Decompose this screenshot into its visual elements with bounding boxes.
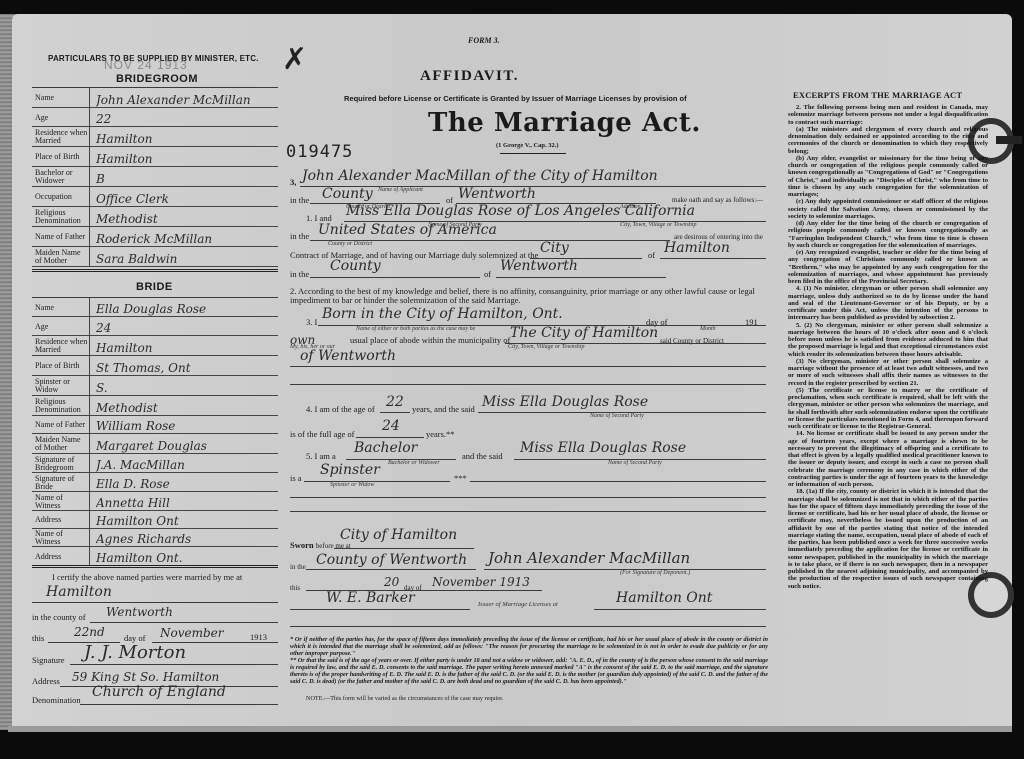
sworn-this-label: this	[290, 584, 300, 592]
fill-line	[496, 277, 666, 278]
excerpt-paragraph: 18. (1a) If the city, county or district…	[788, 488, 988, 590]
fill-line	[90, 622, 278, 623]
second-party-value: Miss Ella Douglas Rose of Los Angeles Ca…	[346, 203, 695, 219]
row-label: Religious Denomination	[32, 207, 90, 226]
marriage-place-value: Hamilton	[46, 584, 112, 600]
row-label: Place of Birth	[32, 356, 90, 375]
row-label: Name of Witness	[32, 529, 90, 546]
fill-line	[80, 704, 278, 705]
excerpt-paragraph: (d) Any elder for the time being of the …	[788, 220, 988, 249]
table-row: Residence when MarriedHamilton	[32, 336, 278, 356]
bride-status-value: Spinster	[320, 462, 380, 478]
row-label: Occupation	[32, 187, 90, 206]
bride-age-value: 24	[96, 321, 111, 335]
this-label: this	[32, 634, 44, 643]
second-party-caption-3: Name of Second Party	[608, 460, 662, 466]
excerpt-paragraph: (3) No clergyman, minister or other pers…	[788, 358, 988, 387]
clause5-party-value: Miss Ella Douglas Rose	[520, 440, 686, 456]
clause5-mid: and the said	[462, 452, 503, 461]
clause2-text: 2. According to the best of my knowledge…	[290, 287, 768, 305]
excerpt-paragraph: 5. (2) No clergyman, minister or other p…	[788, 322, 988, 358]
bride-religion-value: Methodist	[96, 401, 158, 415]
clause5-prefix: 5. I am a	[306, 452, 336, 461]
year-value: 1913	[250, 633, 267, 642]
excerpt-paragraph: (a) The ministers and clergymen of every…	[788, 126, 988, 155]
city-caption-2: City, Town, Village or Township	[508, 344, 584, 350]
fill-line	[380, 412, 410, 413]
day-value: 22nd	[74, 625, 105, 639]
groom-occupation-value: Office Clerk	[96, 192, 169, 206]
groom-age-value: 22	[96, 112, 111, 126]
month-value: November	[160, 626, 224, 640]
solemnized-place-value: Hamilton	[664, 240, 730, 256]
row-label: Age	[32, 317, 90, 335]
bride-birthplace-value: St Thomas, Ont	[96, 361, 191, 375]
sworn-county-value: County of Wentworth	[316, 552, 467, 568]
page-bottom-edge	[8, 726, 1012, 732]
triple-star: ***	[454, 474, 467, 483]
table-row: Name of FatherWilliam Rose	[32, 416, 278, 434]
bride-status-value: S.	[96, 381, 108, 395]
excerpt-paragraph: (c) Any duly appointed commissioner or s…	[788, 198, 988, 220]
table-row: Maiden Name of MotherMargaret Douglas	[32, 434, 278, 454]
witness1-name-value: Annetta Hill	[96, 496, 170, 510]
table-row: Spinster or WidowS.	[32, 376, 278, 396]
sworn-in-the-label: in the	[290, 563, 306, 571]
bride-signature-value: Ella D. Rose	[96, 477, 170, 491]
act-citation: (1 George V., Cap. 32.)	[496, 142, 559, 149]
groom-age-value: 22	[386, 394, 404, 410]
act-title: The Marriage Act.	[428, 108, 701, 138]
section-divider	[32, 565, 278, 568]
table-row: Religious DenominationMethodist	[32, 396, 278, 416]
clause4-prefix: 4. I am of the age of	[306, 405, 375, 414]
bridegroom-title: BRIDEGROOM	[116, 73, 198, 85]
fill-line	[70, 664, 278, 665]
minister-denomination: Church of England	[92, 684, 226, 700]
in-the-label-3: in the	[290, 270, 309, 279]
fill-line	[660, 258, 766, 259]
title-underline	[500, 153, 566, 154]
section-divider	[32, 269, 278, 272]
row-label: Maiden Name of Mother	[32, 434, 90, 453]
groom-name-value: John Alexander McMillan	[96, 93, 251, 107]
fill-line	[356, 437, 424, 438]
bride-name-value: Ella Douglas Rose	[96, 302, 206, 316]
year-prefix: 191	[745, 318, 758, 327]
county-or-district-text: said County or District	[660, 337, 724, 345]
clause4-party-value: Miss Ella Douglas Rose	[482, 394, 648, 410]
county-label: in the county of	[32, 613, 86, 622]
footnote-2: ** Or that the said is of the age of yea…	[290, 657, 768, 685]
issuer-label: Issuer of Marriage Licenses at	[478, 601, 558, 608]
bride-father-value: William Rose	[96, 419, 175, 433]
groom-status-value: Bachelor	[354, 440, 417, 456]
of-label-3: of	[484, 270, 491, 279]
groom-status-value: B	[96, 172, 105, 186]
bride-status-caption: Spinster or Widow	[330, 482, 374, 488]
bride-mother-value: Margaret Douglas	[96, 439, 207, 453]
table-row: Age22	[32, 108, 278, 127]
groom-residence-value: Hamilton	[96, 132, 152, 146]
row-label: Spinster or Widow	[32, 376, 90, 395]
table-row: Name of WitnessAnnetta Hill	[32, 492, 278, 511]
sworn-day-value: 20	[384, 575, 399, 589]
table-row: Place of BirthHamilton	[32, 147, 278, 167]
form-number: FORM 3.	[468, 36, 500, 45]
clause3-value: Born in the City of Hamilton, Ont.	[322, 306, 563, 322]
second-party-caption-2: Name of Second Party	[590, 413, 644, 419]
excerpt-paragraph: (5) The certificate or license to marry …	[788, 387, 988, 431]
table-row: OccupationOffice Clerk	[32, 187, 278, 207]
excerpt-paragraph: 2. The following persons being men and r…	[788, 104, 988, 126]
bride-title: BRIDE	[136, 281, 173, 293]
table-row: Name of FatherRoderick McMillan	[32, 227, 278, 247]
row-label: Name	[32, 298, 90, 316]
table-row: NameElla Douglas Rose	[32, 298, 278, 317]
row-label: Name of Witness	[32, 492, 90, 510]
table-row: Signature of BrideElla D. Rose	[32, 473, 278, 492]
row-label: Name	[32, 88, 90, 107]
fill-line	[290, 511, 766, 512]
clause4-mid: years, and the said	[412, 405, 475, 414]
in-the-label: in the	[290, 196, 309, 205]
fill-line	[290, 497, 766, 498]
excerpt-paragraph: 14. No license or certificate shall be i…	[788, 430, 988, 488]
applicant-caption: Name of Applicant	[378, 187, 423, 193]
groom-signature-value: J.A. MacMillan	[96, 458, 185, 472]
groom-father-value: Roderick McMillan	[96, 232, 212, 246]
district-value: County	[322, 186, 373, 202]
bride-residence-value: Hamilton	[96, 341, 152, 355]
certify-statement: I certify the above named parties were m…	[52, 573, 242, 582]
table-row: Religious DenominationMethodist	[32, 207, 278, 227]
groom-mother-value: Sara Baldwin	[96, 252, 177, 266]
row-label: Bachelor or Widower	[32, 167, 90, 186]
fill-line	[306, 569, 476, 570]
groom-religion-value: Methodist	[96, 212, 158, 226]
clause3-caption: Name of either or both parties as the ca…	[356, 326, 475, 332]
row-label: Address	[32, 511, 90, 528]
check-mark-icon: ✗	[282, 42, 307, 77]
years-label: years.**	[426, 430, 455, 439]
county-type-value: County	[330, 258, 381, 274]
required-line: Required before License or Certificate i…	[344, 94, 687, 103]
footnote-note: NOTE.—This form will be varied as the ci…	[306, 695, 784, 702]
county-district-caption: County or District	[328, 241, 372, 247]
groom-status-caption: Bachelor or Widower	[388, 460, 440, 466]
district-name-value: Wentworth	[458, 186, 536, 202]
witness2-name-value: Agnes Richards	[96, 532, 191, 546]
excerpt-paragraph: (e) Any recognized evangelist, teacher o…	[788, 249, 988, 285]
table-row: AddressHamilton Ont.	[32, 547, 278, 566]
row-label: Maiden Name of Mother	[32, 247, 90, 266]
table-row: Residence when MarriedHamilton	[32, 127, 278, 147]
row-label: Residence when Married	[32, 336, 90, 355]
bridegroom-table: NameJohn Alexander McMillan Age22 Reside…	[32, 88, 278, 267]
witness1-address-value: Hamilton Ont	[96, 514, 179, 528]
applicant-prefix: 3,	[290, 178, 296, 187]
abode-text: usual place of abode within the municipa…	[350, 336, 510, 345]
received-stamp: NOV 24 1913	[104, 58, 188, 72]
witness2-address-value: Hamilton Ont.	[96, 551, 182, 565]
abode-place-value: The City of Hamilton	[510, 325, 658, 341]
bride-age-value: 24	[382, 418, 400, 434]
serial-number: 019475	[286, 142, 353, 162]
groom-birthplace-value: Hamilton	[96, 152, 152, 166]
table-row: AddressHamilton Ont	[32, 511, 278, 529]
excerpts-title: EXCERPTS FROM THE MARRIAGE ACT	[793, 90, 962, 100]
county-name-value: Wentworth	[500, 258, 578, 274]
fill-line	[334, 548, 474, 549]
minister-signature: J. J. Morton	[84, 642, 186, 663]
month-caption: Month	[700, 326, 716, 332]
fill-line	[32, 602, 278, 603]
fill-line	[290, 384, 766, 385]
clause3-prefix: 3. I	[306, 318, 317, 327]
sworn-month-value: November 1913	[432, 575, 530, 589]
issuer-place-value: Hamilton Ont	[616, 590, 712, 606]
fill-line	[304, 481, 450, 482]
fill-line	[290, 609, 470, 610]
affidavit-title: AFFIDAVIT.	[420, 68, 519, 85]
fill-line	[310, 277, 480, 278]
row-label: Address	[32, 547, 90, 565]
applicant-value: John Alexander MacMillan of the City of …	[302, 168, 658, 184]
denomination-label: Denomination	[32, 696, 81, 705]
abode-county-value: of Wentworth	[300, 348, 396, 364]
table-row: Name of WitnessAgnes Richards	[32, 529, 278, 547]
table-row: Place of BirthSt Thomas, Ont	[32, 356, 278, 376]
sworn-label: Sworn	[290, 540, 314, 550]
of-label-2: of	[648, 251, 655, 260]
issuer-signature: W. E. Barker	[326, 590, 415, 606]
table-row: Bachelor or WidowerB	[32, 167, 278, 187]
minister-address: 59 King St So. Hamilton	[72, 670, 219, 684]
row-label: Signature of Bridegroom	[32, 454, 90, 472]
excerpt-paragraph: 4. (1) No minister, clergyman or other p…	[788, 285, 988, 321]
excerpt-paragraph: (b) Any elder, evangelist or missionary …	[788, 155, 988, 199]
bride-table: NameElla Douglas Rose Age24 Residence wh…	[32, 298, 278, 566]
fill-line	[594, 609, 766, 610]
is-a-label: is a	[290, 474, 302, 483]
in-the-label-2: in the	[290, 232, 309, 241]
deponent-caption: (For Signature of Deponent.)	[620, 570, 690, 576]
fill-line	[290, 626, 766, 627]
fill-line	[290, 366, 766, 367]
row-label: Signature of Bride	[32, 473, 90, 491]
signature-label: Signature	[32, 656, 65, 665]
binder-ring-stem	[996, 136, 1022, 144]
county-value: Wentworth	[106, 605, 173, 619]
full-age-label: is of the full age of	[290, 430, 354, 439]
address-label: Address	[32, 677, 60, 686]
table-row: Signature of BridegroomJ.A. MacMillan	[32, 454, 278, 473]
table-row: Age24	[32, 317, 278, 336]
table-row: NameJohn Alexander McMillan	[32, 88, 278, 108]
fill-line	[470, 481, 766, 482]
solemnized-type-value: City	[540, 240, 569, 256]
row-label: Name of Father	[32, 416, 90, 433]
row-label: Name of Father	[32, 227, 90, 246]
row-label: Age	[32, 108, 90, 126]
table-row: Maiden Name of MotherSara Baldwin	[32, 247, 278, 267]
footnote-1: * Or if neither of the parties has, for …	[290, 636, 768, 657]
sworn-place-value: City of Hamilton	[340, 527, 457, 543]
city-caption: City, Town, Village or Township	[620, 222, 696, 228]
row-label: Residence when Married	[32, 127, 90, 146]
row-label: Place of Birth	[32, 147, 90, 166]
row-label: Religious Denomination	[32, 396, 90, 415]
country-value: United States of America	[318, 222, 497, 238]
excerpts-body: 2. The following persons being men and r…	[788, 104, 988, 590]
deponent-signature: John Alexander MacMillan	[488, 549, 690, 567]
